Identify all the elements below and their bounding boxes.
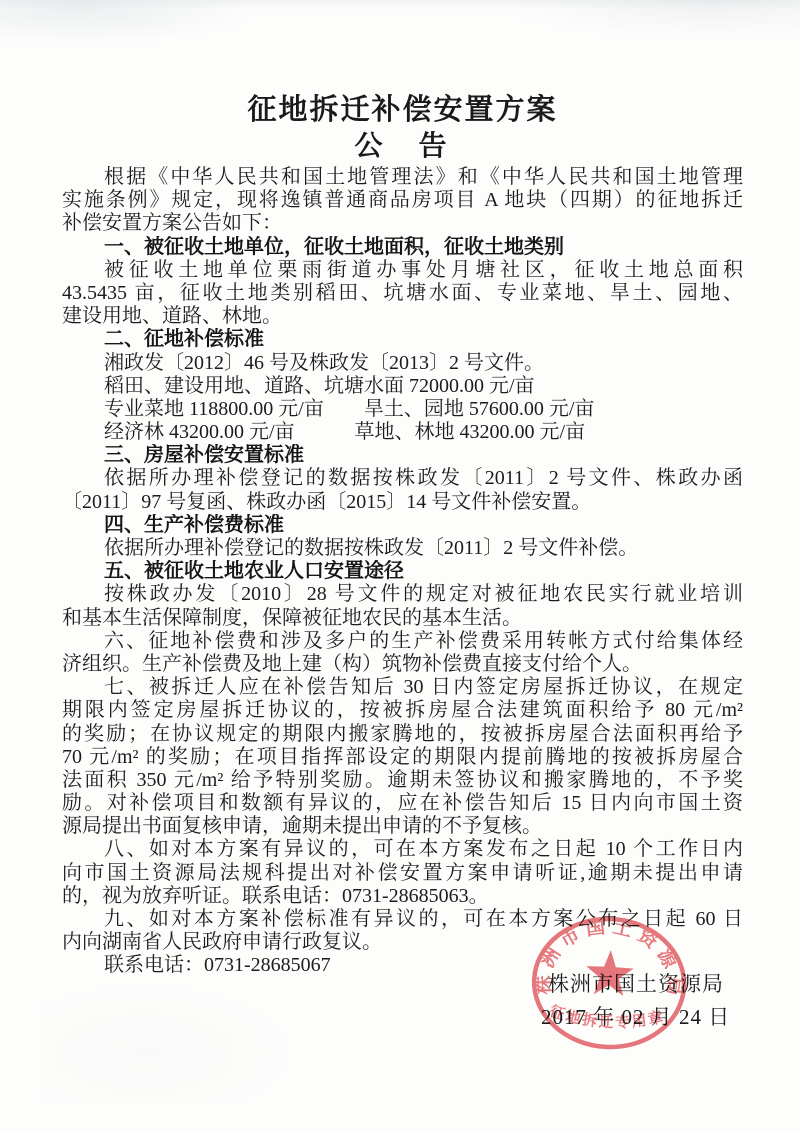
body-line: 源局提出书面复核申请，逾期未提出申请的不予复核。 bbox=[62, 815, 743, 838]
seal-star-icon bbox=[585, 949, 635, 997]
official-red-seal: 株洲市国土资源局 征地拆迁专用章 bbox=[523, 909, 694, 1061]
document-content: 征地拆迁补偿安置方案 公 告 根据《中华人民共和国土地管理法》和《中华人民共和国… bbox=[62, 0, 743, 978]
body-line: 湘政发〔2012〕46 号及株政发〔2013〕2 号文件。 bbox=[62, 352, 743, 375]
body-line: 的，视为放弃听证。联系电话：0731-28685063。 bbox=[62, 885, 743, 908]
svg-text:征地拆迁专用章: 征地拆迁专用章 bbox=[546, 1001, 668, 1034]
body-text: 根据《中华人民共和国土地管理法》和《中华人民共和国土地管理实施条例》规定，现将逸… bbox=[62, 166, 743, 978]
section-heading: 一、被征收土地单位，征收土地面积，征收土地类别 bbox=[62, 236, 743, 259]
body-line: 稻田、建设用地、道路、坑塘水面 72000.00 元/亩 bbox=[62, 375, 743, 398]
scan-artifact bbox=[40, 981, 300, 1101]
body-line: 经济林 43200.00 元/亩 草地、林地 43200.00 元/亩 bbox=[62, 421, 743, 444]
section-heading: 三、房屋补偿安置标准 bbox=[62, 444, 743, 467]
document-subtitle: 公 告 bbox=[62, 132, 743, 162]
body-line: 依据所办理补偿登记的数据按株政发〔2011〕2 号文件补偿。 bbox=[62, 537, 743, 560]
scanned-notice-page: 征地拆迁补偿安置方案 公 告 根据《中华人民共和国土地管理法》和《中华人民共和国… bbox=[0, 0, 800, 1131]
seal-bottom-text: 征地拆迁专用章 bbox=[546, 1001, 668, 1034]
body-line: 70 元/m² 的奖励；在项目指挥部设定的期限内提前腾地的按被拆房屋合 bbox=[62, 746, 743, 769]
body-line: 的奖励；在协议规定的期限内搬家腾地的，按被拆房屋合法面积再给予 bbox=[62, 723, 743, 746]
section-heading: 五、被征收土地农业人口安置途径 bbox=[62, 560, 743, 583]
body-line: 济组织。生产补偿费及地上建（构）筑物补偿费直接支付给个人。 bbox=[62, 653, 743, 676]
body-line: 按株政办发〔2010〕28 号文件的规定对被征地农民实行就业培训 bbox=[62, 583, 743, 606]
body-line: 六、征地补偿费和涉及多户的生产补偿费采用转帐方式付给集体经 bbox=[62, 630, 743, 653]
body-line: 43.5435 亩，征收土地类别稻田、坑塘水面、专业菜地、旱土、园地、 bbox=[62, 282, 743, 305]
body-line: 实施条例》规定，现将逸镇普通商品房项目 A 地块（四期）的征地拆迁 bbox=[62, 189, 743, 212]
section-heading: 四、生产补偿费标准 bbox=[62, 514, 743, 537]
section-heading: 二、征地补偿标准 bbox=[62, 328, 743, 351]
body-line: 被征收土地单位栗雨街道办事处月塘社区，征收土地总面积 bbox=[62, 259, 743, 282]
body-line: 根据《中华人民共和国土地管理法》和《中华人民共和国土地管理 bbox=[62, 166, 743, 189]
body-line: 专业菜地 118800.00 元/亩 旱土、园地 57600.00 元/亩 bbox=[62, 398, 743, 421]
body-line: 建设用地、道路、林地。 bbox=[62, 305, 743, 328]
body-line: 〔2011〕97 号复函、株政办函〔2015〕14 号文件补偿安置。 bbox=[62, 491, 743, 514]
body-line: 依据所办理补偿登记的数据按株政发〔2011〕2 号文件、株政办函 bbox=[62, 467, 743, 490]
document-title: 征地拆迁补偿安置方案 bbox=[62, 94, 743, 126]
body-line: 七、被拆迁人应在补偿告知后 30 日内签定房屋拆迁协议，在规定 bbox=[62, 676, 743, 699]
body-line: 励。对补偿项目和数额有异议的，应在补偿告知后 15 日内向市国土资 bbox=[62, 792, 743, 815]
body-line: 向市国土资源局法规科提出对补偿安置方案申请听证,逾期未提出申请 bbox=[62, 862, 743, 885]
body-line: 期限内签定房屋拆迁协议的，按被拆房屋合法建筑面积给予 80 元/m² bbox=[62, 699, 743, 722]
body-line: 和基本生活保障制度，保障被征地农民的基本生活。 bbox=[62, 607, 743, 630]
body-line: 八、如对本方案有异议的，可在本方案发布之日起 10 个工作日内 bbox=[62, 838, 743, 861]
body-line: 补偿安置方案公告如下： bbox=[62, 212, 743, 235]
body-line: 法面积 350 元/m² 给予特别奖励。逾期未签协议和搬家腾地的，不予奖 bbox=[62, 769, 743, 792]
